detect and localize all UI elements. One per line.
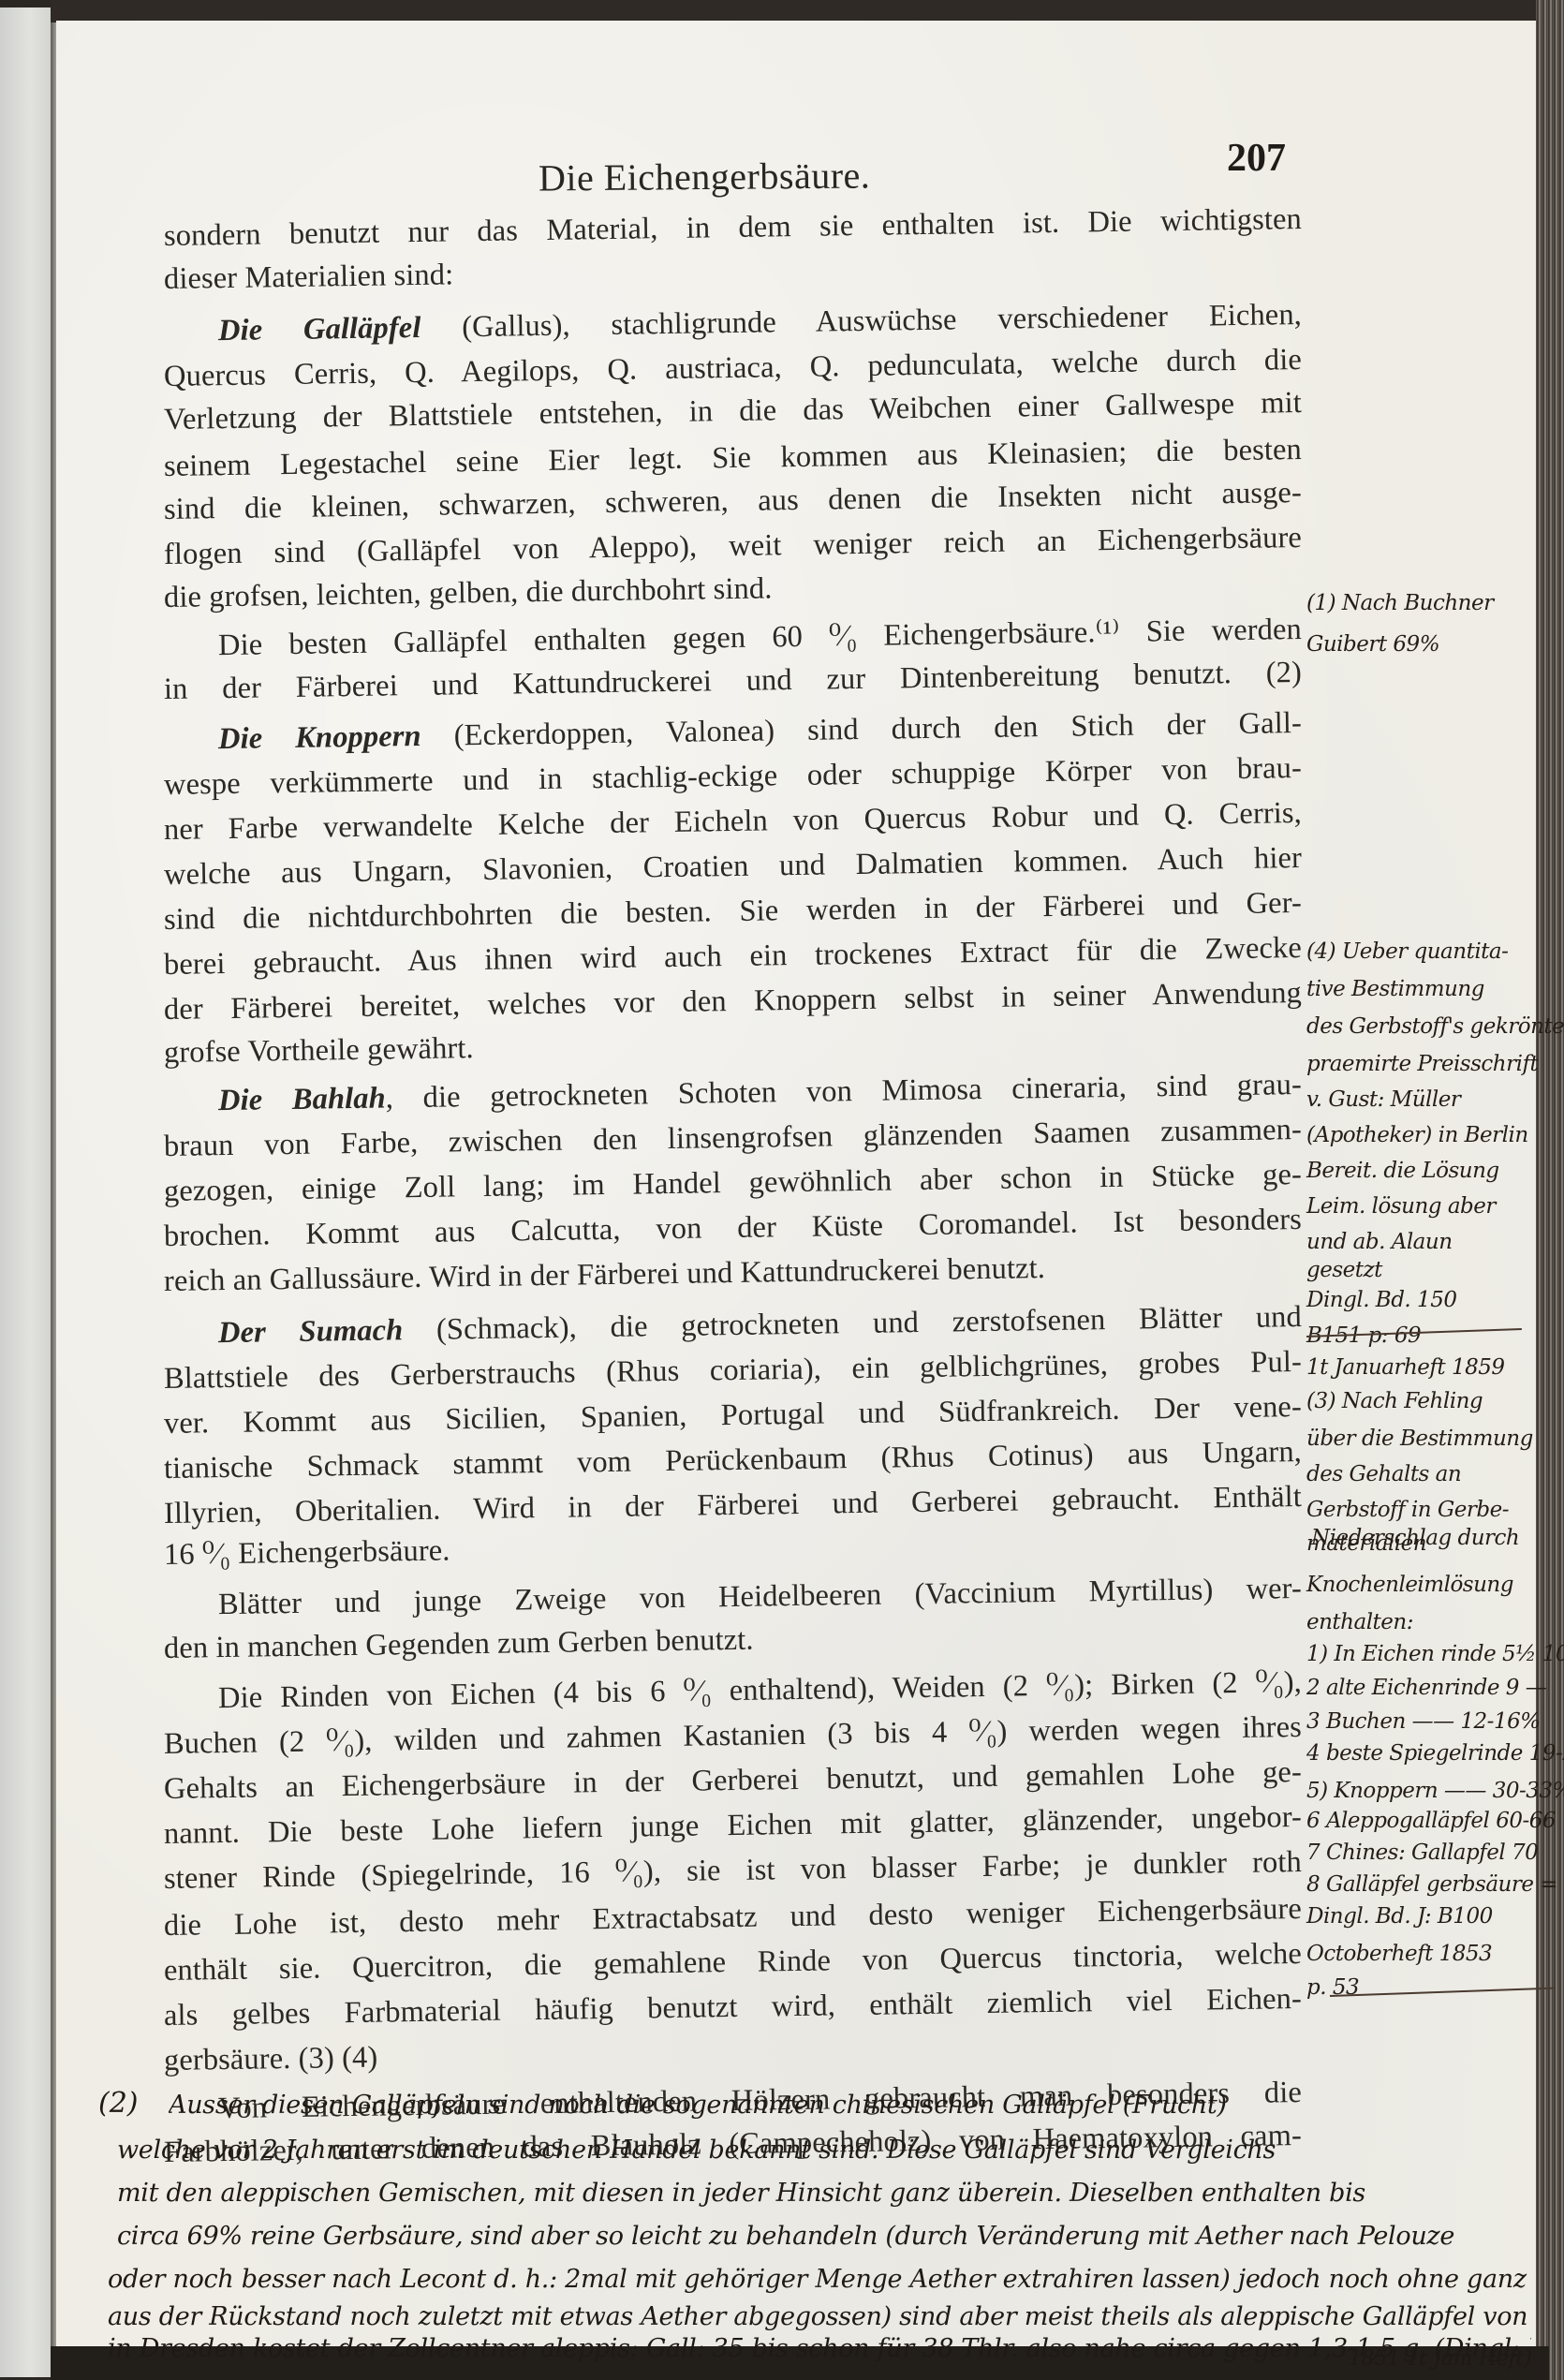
margin-note-line: Octoberheft 1853 bbox=[1306, 1939, 1492, 1969]
margin-note-line: Knochenleimlösung bbox=[1306, 1570, 1513, 1600]
margin-note-line: Bereit. die Lösung bbox=[1306, 1156, 1499, 1186]
margin-note-line: 1) In Eichen rinde 5½ 10% bbox=[1306, 1639, 1564, 1669]
margin-note-line: 8 Galläpfel gerbsäure = 100 bbox=[1306, 1870, 1564, 1900]
margin-note-line: 2 alte Eichenrinde 9 — bbox=[1306, 1673, 1546, 1703]
margin-note-line: 6 Aleppogalläpfel 60-66 bbox=[1306, 1806, 1556, 1836]
margin-note-line: Dingl. Bd. J: B100 bbox=[1306, 1901, 1493, 1931]
margin-note-line: Gerbstoff in Gerbe- bbox=[1306, 1495, 1509, 1525]
footnote-line: circa 69% reine Gerbsäure, sind aber so … bbox=[117, 2222, 1454, 2251]
body-line-text: gerbsäure. (3) (4) bbox=[164, 2041, 378, 2077]
footnote-mark: (2) bbox=[98, 2087, 139, 2120]
footnote-line: welche vor 2 Jahren erst im deutschen Ha… bbox=[117, 2136, 1276, 2165]
margin-note-line: enthalten: bbox=[1306, 1607, 1413, 1637]
margin-note-line: 3 Buchen —— 12-16% bbox=[1306, 1707, 1541, 1737]
margin-note-line: (3) Nach Fehling bbox=[1306, 1386, 1483, 1416]
body-line-text: den in manchen Gegenden zum Gerben benut… bbox=[164, 1623, 754, 1665]
footnote-line: oder noch besser nach Lecont d. h.: 2mal… bbox=[108, 2265, 1531, 2294]
footnote-line: mit den aleppischen Gemischen, mit diese… bbox=[117, 2179, 1365, 2208]
scan-background-top bbox=[51, 0, 1549, 22]
margin-note-line: praemirte Preisschrift bbox=[1306, 1049, 1538, 1079]
body-line-text: grofse Vortheile gewährt. bbox=[164, 1031, 474, 1070]
page-stack-edge bbox=[1536, 0, 1564, 2380]
section-heading: Die Bahlah bbox=[218, 1081, 386, 1117]
margin-note-line: 1t Januarheft 1859 bbox=[1306, 1353, 1504, 1382]
margin-note-line: des Gehalts an bbox=[1306, 1459, 1461, 1489]
margin-note-line: (4) Ueber quantita- bbox=[1306, 937, 1508, 967]
margin-note-line: des Gerbstoff's gekrönte bbox=[1306, 1012, 1564, 1042]
margin-note-line: p. 53 bbox=[1306, 1973, 1359, 2003]
section-heading: Der Sumach bbox=[218, 1313, 404, 1350]
section-heading: Die Knoppern bbox=[218, 719, 421, 756]
footnote-line: aus der Rückstand noch zuletzt mit etwas… bbox=[108, 2302, 1527, 2331]
running-head: Die Eichengerbsäure. bbox=[539, 153, 871, 200]
margin-note-line: und ab. Alaun bbox=[1306, 1227, 1453, 1257]
margin-note-line: (1) Nach Buchner bbox=[1306, 588, 1494, 618]
margin-note-line: 7 Chines: Gallapfel 70 bbox=[1306, 1838, 1538, 1868]
body-line-text: dieser Materialien sind: bbox=[164, 258, 454, 296]
margin-note-line: Niederschlag durch bbox=[1311, 1523, 1519, 1553]
footnote-line: in Dresden kostet der Zollcentner aleppi… bbox=[108, 2334, 1531, 2363]
margin-note-line: Dingl. Bd. 150 bbox=[1306, 1285, 1456, 1315]
margin-note-line: Guibert 69% bbox=[1306, 629, 1439, 659]
margin-note-line: gesetzt bbox=[1306, 1255, 1382, 1285]
section-heading: Die Galläpfel bbox=[218, 311, 421, 347]
margin-note-line: 4 beste Spiegelrinde 19-21 bbox=[1306, 1738, 1564, 1768]
page-number: 207 bbox=[1227, 136, 1286, 181]
footnote-line: Ausser diesen Galläpfeln sind noch die s… bbox=[169, 2091, 1227, 2120]
facing-page-edge bbox=[0, 7, 52, 2377]
margin-note-line: Leim. lösung aber bbox=[1306, 1191, 1496, 1221]
margin-note-line: (Apotheker) in Berlin bbox=[1306, 1120, 1528, 1150]
margin-note-line: 5) Knoppern —— 30-33% bbox=[1306, 1776, 1564, 1806]
margin-note-line: v. Gust: Müller bbox=[1306, 1085, 1460, 1115]
margin-note-line: tive Bestimmung bbox=[1306, 974, 1484, 1004]
body-line-text: 16 ⁰⁄₀ Eichengerbsäure. bbox=[164, 1533, 450, 1572]
footnote-line: 1851 1t Jani Heft) bbox=[1349, 2347, 1531, 2371]
body-line-text: die grofsen, leichten, gelben, die durch… bbox=[164, 571, 773, 614]
margin-note-line: über die Bestimmung bbox=[1306, 1424, 1533, 1454]
